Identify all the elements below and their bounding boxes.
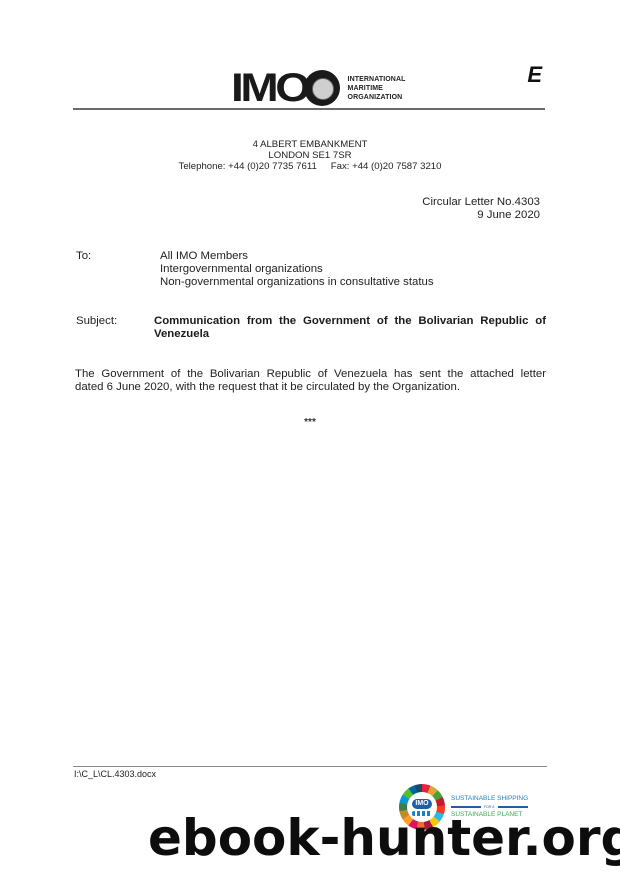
recipient: Non-governmental organizations in consul… xyxy=(160,276,434,289)
file-path: I:\C_L\CL.4303.docx xyxy=(74,769,156,779)
header-divider xyxy=(73,108,545,110)
language-mark: E xyxy=(527,62,542,88)
circular-number: Circular Letter No.4303 xyxy=(422,196,540,209)
subject-label: Subject: xyxy=(76,315,117,327)
recipient: Intergovernmental organizations xyxy=(160,263,434,276)
body-paragraph: The Government of the Bolivarian Republi… xyxy=(75,368,546,394)
org-name-line: ORGANIZATION xyxy=(348,93,406,102)
imo-logo: IMO INTERNATIONAL MARITIME ORGANIZATION xyxy=(231,70,406,106)
address-line: 4 ALBERT EMBANKMENT xyxy=(0,139,620,150)
circular-reference: Circular Letter No.4303 9 June 2020 xyxy=(422,196,540,221)
org-name-line: INTERNATIONAL xyxy=(348,75,406,84)
body-line: The Government of the Bolivarian Republi… xyxy=(75,368,546,381)
org-name: INTERNATIONAL MARITIME ORGANIZATION xyxy=(348,75,406,102)
to-label: To: xyxy=(76,250,91,262)
imo-emblem-icon xyxy=(304,70,340,106)
sdg-line1: SUSTAINABLE SHIPPING xyxy=(451,795,528,803)
body-line: dated 6 June 2020, with the request that… xyxy=(75,381,460,393)
footer-divider xyxy=(73,766,547,767)
watermark: ebook-hunter.org xyxy=(148,808,620,868)
address-line: LONDON SE1 7SR xyxy=(0,150,620,161)
recipient: All IMO Members xyxy=(160,250,434,263)
section-separator: *** xyxy=(0,417,620,428)
address-block: 4 ALBERT EMBANKMENT LONDON SE1 7SR Telep… xyxy=(0,139,620,172)
org-name-line: MARITIME xyxy=(348,84,406,93)
telephone: Telephone: +44 (0)20 7735 7611 xyxy=(179,161,317,172)
imo-logo-letters: IMO xyxy=(231,70,308,106)
recipient-list: All IMO Members Intergovernmental organi… xyxy=(160,250,434,289)
sdg-badge: IMO xyxy=(412,799,431,809)
subject-text: Communication from the Government of the… xyxy=(154,315,546,341)
circular-date: 9 June 2020 xyxy=(422,209,540,222)
contact-line: Telephone: +44 (0)20 7735 7611Fax: +44 (… xyxy=(0,161,620,172)
fax: Fax: +44 (0)20 7587 3210 xyxy=(331,161,442,172)
